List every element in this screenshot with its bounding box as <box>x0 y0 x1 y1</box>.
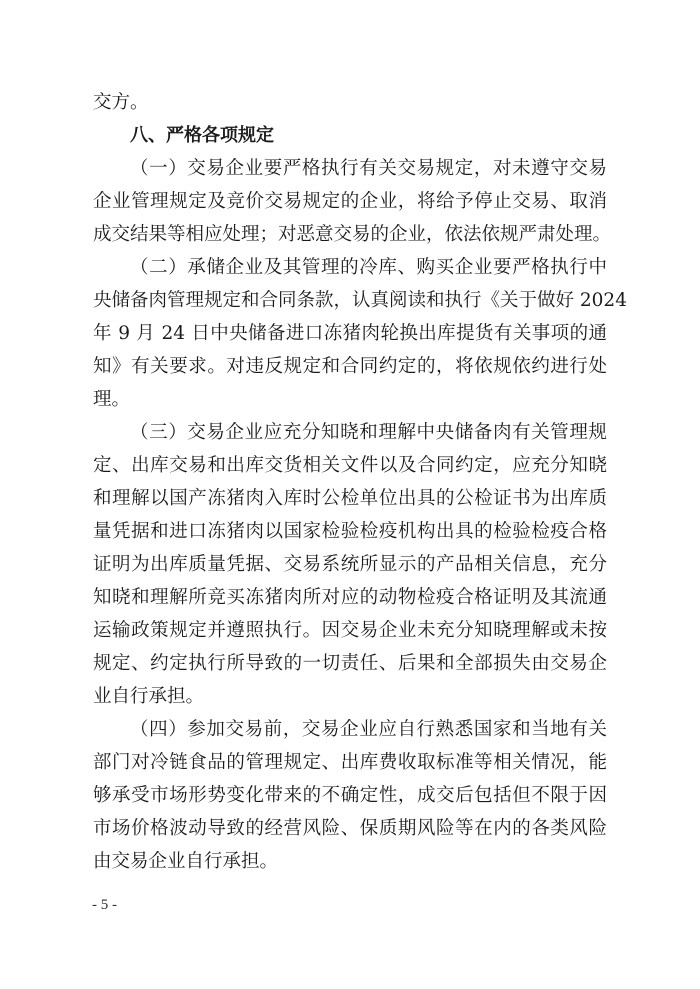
paragraph-line: 量凭据和进口冻猪肉以国家检验检疫机构出具的检验检疫合格 <box>93 515 607 548</box>
paragraph-line: （二）承储企业及其管理的冷库、购买企业要严格执行中 <box>93 251 607 284</box>
paragraph-line: （一）交易企业要严格执行有关交易规定，对未遵守交易 <box>93 152 607 185</box>
paragraph-line: 业自行承担。 <box>93 680 607 713</box>
paragraph-line: 规定、约定执行所导致的一切责任、后果和全部损失由交易企 <box>93 647 607 680</box>
paragraph-line: 运输政策规定并遵照执行。因交易企业未充分知晓理解或未按 <box>93 614 607 647</box>
paragraph-line: 知》有关要求。对违反规定和合同约定的，将依规依约进行处 <box>93 350 607 383</box>
paragraph-line: （三）交易企业应充分知晓和理解中央储备肉有关管理规 <box>93 416 607 449</box>
paragraph-line: 证明为出库质量凭据、交易系统所显示的产品相关信息，充分 <box>93 548 607 581</box>
paragraph-line: 市场价格波动导致的经营风险、保质期风险等在内的各类风险 <box>93 812 607 845</box>
paragraph-line: 定、出库交易和出库交货相关文件以及合同约定，应充分知晓 <box>93 449 607 482</box>
paragraph-line: （四）参加交易前，交易企业应自行熟悉国家和当地有关 <box>93 713 607 746</box>
section-heading: 八、严格各项规定 <box>93 119 607 152</box>
paragraph-line: 企业管理规定及竞价交易规定的企业，将给予停止交易、取消 <box>93 185 607 218</box>
paragraph-line: 由交易企业自行承担。 <box>93 845 607 878</box>
page-number: - 5 - <box>92 897 117 914</box>
paragraph-line: 理。 <box>93 383 607 416</box>
paragraph-line: 够承受市场形势变化带来的不确定性，成交后包括但不限于因 <box>93 779 607 812</box>
paragraph-line: 和理解以国产冻猪肉入库时公检单位出具的公检证书为出库质 <box>93 482 607 515</box>
document-body: 交方。 八、严格各项规定 （一）交易企业要严格执行有关交易规定，对未遵守交易 企… <box>93 86 607 878</box>
paragraph-line: 成交结果等相应处理；对恶意交易的企业，依法依规严肃处理。 <box>93 218 607 251</box>
paragraph-line: 知晓和理解所竞买冻猪肉所对应的动物检疫合格证明及其流通 <box>93 581 607 614</box>
paragraph-line: 央储备肉管理规定和合同条款，认真阅读和执行《关于做好 2024 <box>93 284 607 317</box>
paragraph-line: 年 9 月 24 日中央储备进口冻猪肉轮换出库提货有关事项的通 <box>93 317 607 350</box>
document-page: 交方。 八、严格各项规定 （一）交易企业要严格执行有关交易规定，对未遵守交易 企… <box>0 0 700 989</box>
continuation-line: 交方。 <box>93 86 607 119</box>
paragraph-line: 部门对冷链食品的管理规定、出库费收取标准等相关情况，能 <box>93 746 607 779</box>
